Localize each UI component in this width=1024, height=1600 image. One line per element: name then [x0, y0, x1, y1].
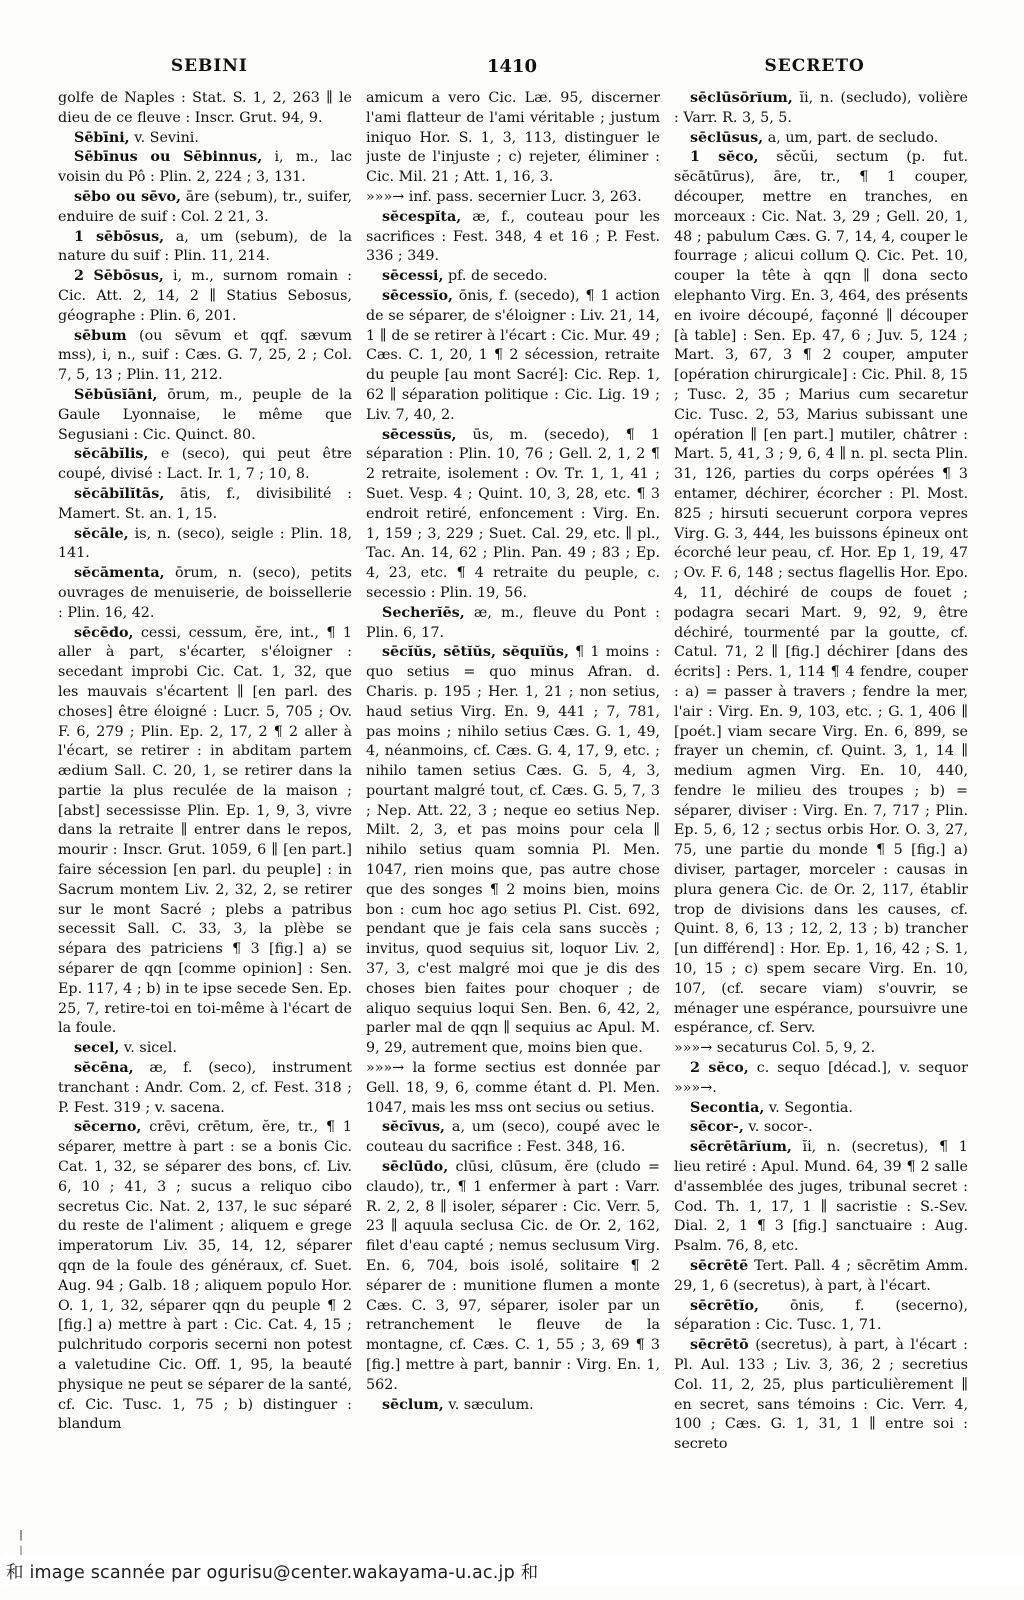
entry-headword: sĕcābĭlis,	[74, 446, 148, 462]
entry-headword: sēcrētō	[690, 1337, 749, 1353]
entry-headword: sĕcāle,	[74, 526, 129, 542]
entry-body: ¶ 1 moins : quo setius = quo minus Afran…	[366, 644, 660, 1056]
entry-headword: 1 sēbōsus,	[74, 229, 164, 245]
dictionary-entry: sĕcābĭlis, e (seco), qui peut être coupé…	[58, 445, 352, 485]
dictionary-entry: sēcrētē Tert. Pall. 4 ; sēcrētim Amm. 29…	[674, 1257, 968, 1297]
entry-headword: sĕcābĭlĭtās,	[74, 486, 164, 502]
dictionary-entry: 1 sĕco, sĕcŭi, sectum (p. fut. sĕcātūrus…	[674, 148, 968, 1039]
entry-body: amicum a vero Cic. Læ. 95, discerner l'a…	[366, 90, 660, 185]
entry-headword: Secherĭēs,	[382, 605, 465, 621]
dictionary-entry: »»»→ la forme sectius est donnée par Gel…	[366, 1059, 660, 1118]
dictionary-entry: sēcrētĭo, ōnis, f. (secerno), séparation…	[674, 1297, 968, 1337]
dictionary-entry: sĕcēna, æ, f. (seco), instrument trancha…	[58, 1059, 352, 1118]
entry-body: v. Segontia.	[764, 1100, 853, 1116]
dictionary-entry: sēclūsus, a, um, part. de secludo.	[674, 129, 968, 149]
entry-headword: Sĕbūsĭāni,	[74, 387, 157, 403]
column-1: golfe de Naples : Stat. S. 1, 2, 263 ∥ l…	[58, 89, 352, 1529]
dictionary-entry: amicum a vero Cic. Læ. 95, discerner l'a…	[366, 89, 660, 188]
entry-headword: sēcessĭo,	[382, 288, 453, 304]
dictionary-entry: sēcor-, v. socor-.	[674, 1118, 968, 1138]
entry-body: v. sicel.	[119, 1040, 177, 1056]
entry-body: v. socor-.	[744, 1119, 813, 1135]
entry-headword: sēclūdo,	[382, 1159, 448, 1175]
entry-headword: sēcessi,	[382, 268, 443, 284]
entry-headword: 1 sĕco,	[690, 149, 759, 165]
dictionary-entry: sēcrētō (secretus), à part, à l'écart : …	[674, 1336, 968, 1455]
dictionary-entry: Sēbīnus ou Sēbinnus, i, m., lac voisin d…	[58, 148, 352, 188]
dictionary-entry: sĕcāmenta, ōrum, n. (seco), petits ouvra…	[58, 564, 352, 623]
entry-body: v. Sevini.	[130, 130, 199, 146]
entry-body: crēvi, crētum, ĕre, tr., ¶ 1 séparer, me…	[58, 1119, 352, 1432]
running-head-right-word: SECRETO	[663, 56, 966, 77]
entry-headword: Secontia,	[690, 1100, 764, 1116]
dictionary-entry: sĕcābĭlĭtās, ātis, f., divisibilité : Ma…	[58, 485, 352, 525]
entry-headword: sēbum	[74, 328, 127, 344]
entry-body: sĕcŭi, sectum (p. fut. sĕcātūrus), āre, …	[674, 149, 968, 1036]
entry-headword: sĕcīvus,	[382, 1119, 445, 1135]
dictionary-entry: Secherĭēs, æ, m., fleuve du Pont : Plin.…	[366, 604, 660, 644]
dictionary-entry: 1 sēbōsus, a, um (sebum), de la nature d…	[58, 228, 352, 268]
entry-body: golfe de Naples : Stat. S. 1, 2, 263 ∥ l…	[58, 90, 352, 126]
entry-headword: sēcor-,	[690, 1119, 744, 1135]
entry-headword: sēcrētĭo,	[690, 1298, 759, 1314]
running-head-left-word: SEBINI	[58, 56, 361, 77]
entry-body: clūsi, clūsum, ĕre (cludo = claudo), tr.…	[366, 1159, 660, 1393]
entry-headword: sēcrētē	[690, 1258, 748, 1274]
dictionary-entry: sēclūdo, clūsi, clūsum, ĕre (cludo = cla…	[366, 1158, 660, 1396]
page-number: 1410	[361, 56, 664, 77]
entry-headword: sēcessŭs,	[382, 427, 456, 443]
running-head: SEBINI 1410 SECRETO	[0, 0, 1024, 85]
dictionary-entry: 2 sĕco, c. sequo [décad.], v. sequor »»»…	[674, 1059, 968, 1099]
dictionary-entry: sēclum, v. sæculum.	[366, 1396, 660, 1416]
dictionary-entry: »»»→ inf. pass. secernier Lucr. 3, 263.	[366, 188, 660, 208]
dictionary-entry: »»»→ secaturus Col. 5, 9, 2.	[674, 1039, 968, 1059]
entry-headword: sēcēdo,	[74, 625, 133, 641]
dictionary-entry: sēcerno, crēvi, crētum, ĕre, tr., ¶ 1 sé…	[58, 1118, 352, 1435]
entry-headword: sēclūsōrĭum,	[690, 90, 793, 106]
entry-body: ōnis, f. (secedo), ¶ 1 action de se sépa…	[366, 288, 660, 423]
entry-body: »»»→ secaturus Col. 5, 9, 2.	[674, 1040, 875, 1056]
entry-headword: 2 sĕco,	[690, 1060, 749, 1076]
dictionary-entry: 2 Sēbōsus, i, m., surnom romain : Cic. A…	[58, 267, 352, 326]
dictionary-entry: Sēbīni, v. Sevini.	[58, 129, 352, 149]
scan-watermark: 和 image scannée par ogurisu@center.wakay…	[4, 1555, 1024, 1586]
entry-headword: sēcrētārĭum,	[690, 1139, 792, 1155]
entry-headword: sēclūsus,	[690, 130, 763, 146]
dictionary-entry: sĕcāle, is, n. (seco), seigle : Plin. 18…	[58, 525, 352, 565]
entry-headword: sĕcespĭta,	[382, 209, 461, 225]
entry-body: »»»→ inf. pass. secernier Lucr. 3, 263.	[366, 189, 642, 205]
entry-headword: Sēbīnus ou Sēbinnus,	[74, 149, 262, 165]
entry-headword: 2 Sēbōsus,	[74, 268, 164, 284]
column-2: amicum a vero Cic. Læ. 95, discerner l'a…	[366, 89, 660, 1529]
entry-body: ūs, m. (secedo), ¶ 1 séparation : Plin. …	[366, 427, 660, 601]
dictionary-entry: Sĕbūsĭāni, ōrum, m., peuple de la Gaule …	[58, 386, 352, 445]
dictionary-entry: sĕcespĭta, æ, f., couteau pour les sacri…	[366, 208, 660, 267]
scanned-dictionary-page: SEBINI 1410 SECRETO golfe de Naples : St…	[0, 0, 1024, 1600]
entry-body: »»»→ la forme sectius est donnée par Gel…	[366, 1060, 660, 1116]
dictionary-entry: Secontia, v. Segontia.	[674, 1099, 968, 1119]
dictionary-entry: sēclūsōrĭum, ĭi, n. (secludo), volière :…	[674, 89, 968, 129]
column-3: sēclūsōrĭum, ĭi, n. (secludo), volière :…	[674, 89, 968, 1529]
entry-headword: sēcerno,	[74, 1119, 141, 1135]
dictionary-entry: sēcessi, pf. de secedo.	[366, 267, 660, 287]
dictionary-entry: sēcēdo, cessi, cessum, ĕre, int., ¶ 1 al…	[58, 624, 352, 1040]
entry-body: (secretus), à part, à l'écart : Pl. Aul.…	[674, 1337, 968, 1452]
entry-body: pf. de secedo.	[443, 268, 547, 284]
entry-headword: sĕcēna,	[74, 1060, 134, 1076]
dictionary-entry: sēcessĭo, ōnis, f. (secedo), ¶ 1 action …	[366, 287, 660, 426]
entry-headword: sēcĭŭs, sētĭŭs, sĕquĭŭs,	[382, 644, 569, 660]
dictionary-entry: sēcĭŭs, sētĭŭs, sĕquĭŭs, ¶ 1 moins : quo…	[366, 643, 660, 1059]
dictionary-entry: secel, v. sicel.	[58, 1039, 352, 1059]
entry-body: ĭi, n. (secretus), ¶ 1 lieu retiré : Apu…	[674, 1139, 968, 1254]
entry-headword: sēbo ou sēvo,	[74, 189, 181, 205]
entry-headword: secel,	[74, 1040, 119, 1056]
entry-headword: sēclum,	[382, 1397, 444, 1413]
dictionary-entry: sēbo ou sēvo, āre (sebum), tr., suifer, …	[58, 188, 352, 228]
dictionary-entry: sēcrētārĭum, ĭi, n. (secretus), ¶ 1 lieu…	[674, 1138, 968, 1257]
dictionary-entry: sĕcīvus, a, um (seco), coupé avec le cou…	[366, 1118, 660, 1158]
entry-body: cessi, cessum, ĕre, int., ¶ 1 aller à pa…	[58, 625, 352, 1037]
entry-headword: sĕcāmenta,	[74, 565, 165, 581]
dictionary-entry: sēbum (ou sēvum et qqf. sævum mss), i, n…	[58, 327, 352, 386]
dictionary-entry: sēcessŭs, ūs, m. (secedo), ¶ 1 séparatio…	[366, 426, 660, 604]
entry-body: v. sæculum.	[444, 1397, 534, 1413]
dictionary-entry: golfe de Naples : Stat. S. 1, 2, 263 ∥ l…	[58, 89, 352, 129]
text-columns: golfe de Naples : Stat. S. 1, 2, 263 ∥ l…	[0, 85, 1024, 1529]
entry-body: a, um, part. de secludo.	[763, 130, 938, 146]
entry-headword: Sēbīni,	[74, 130, 130, 146]
